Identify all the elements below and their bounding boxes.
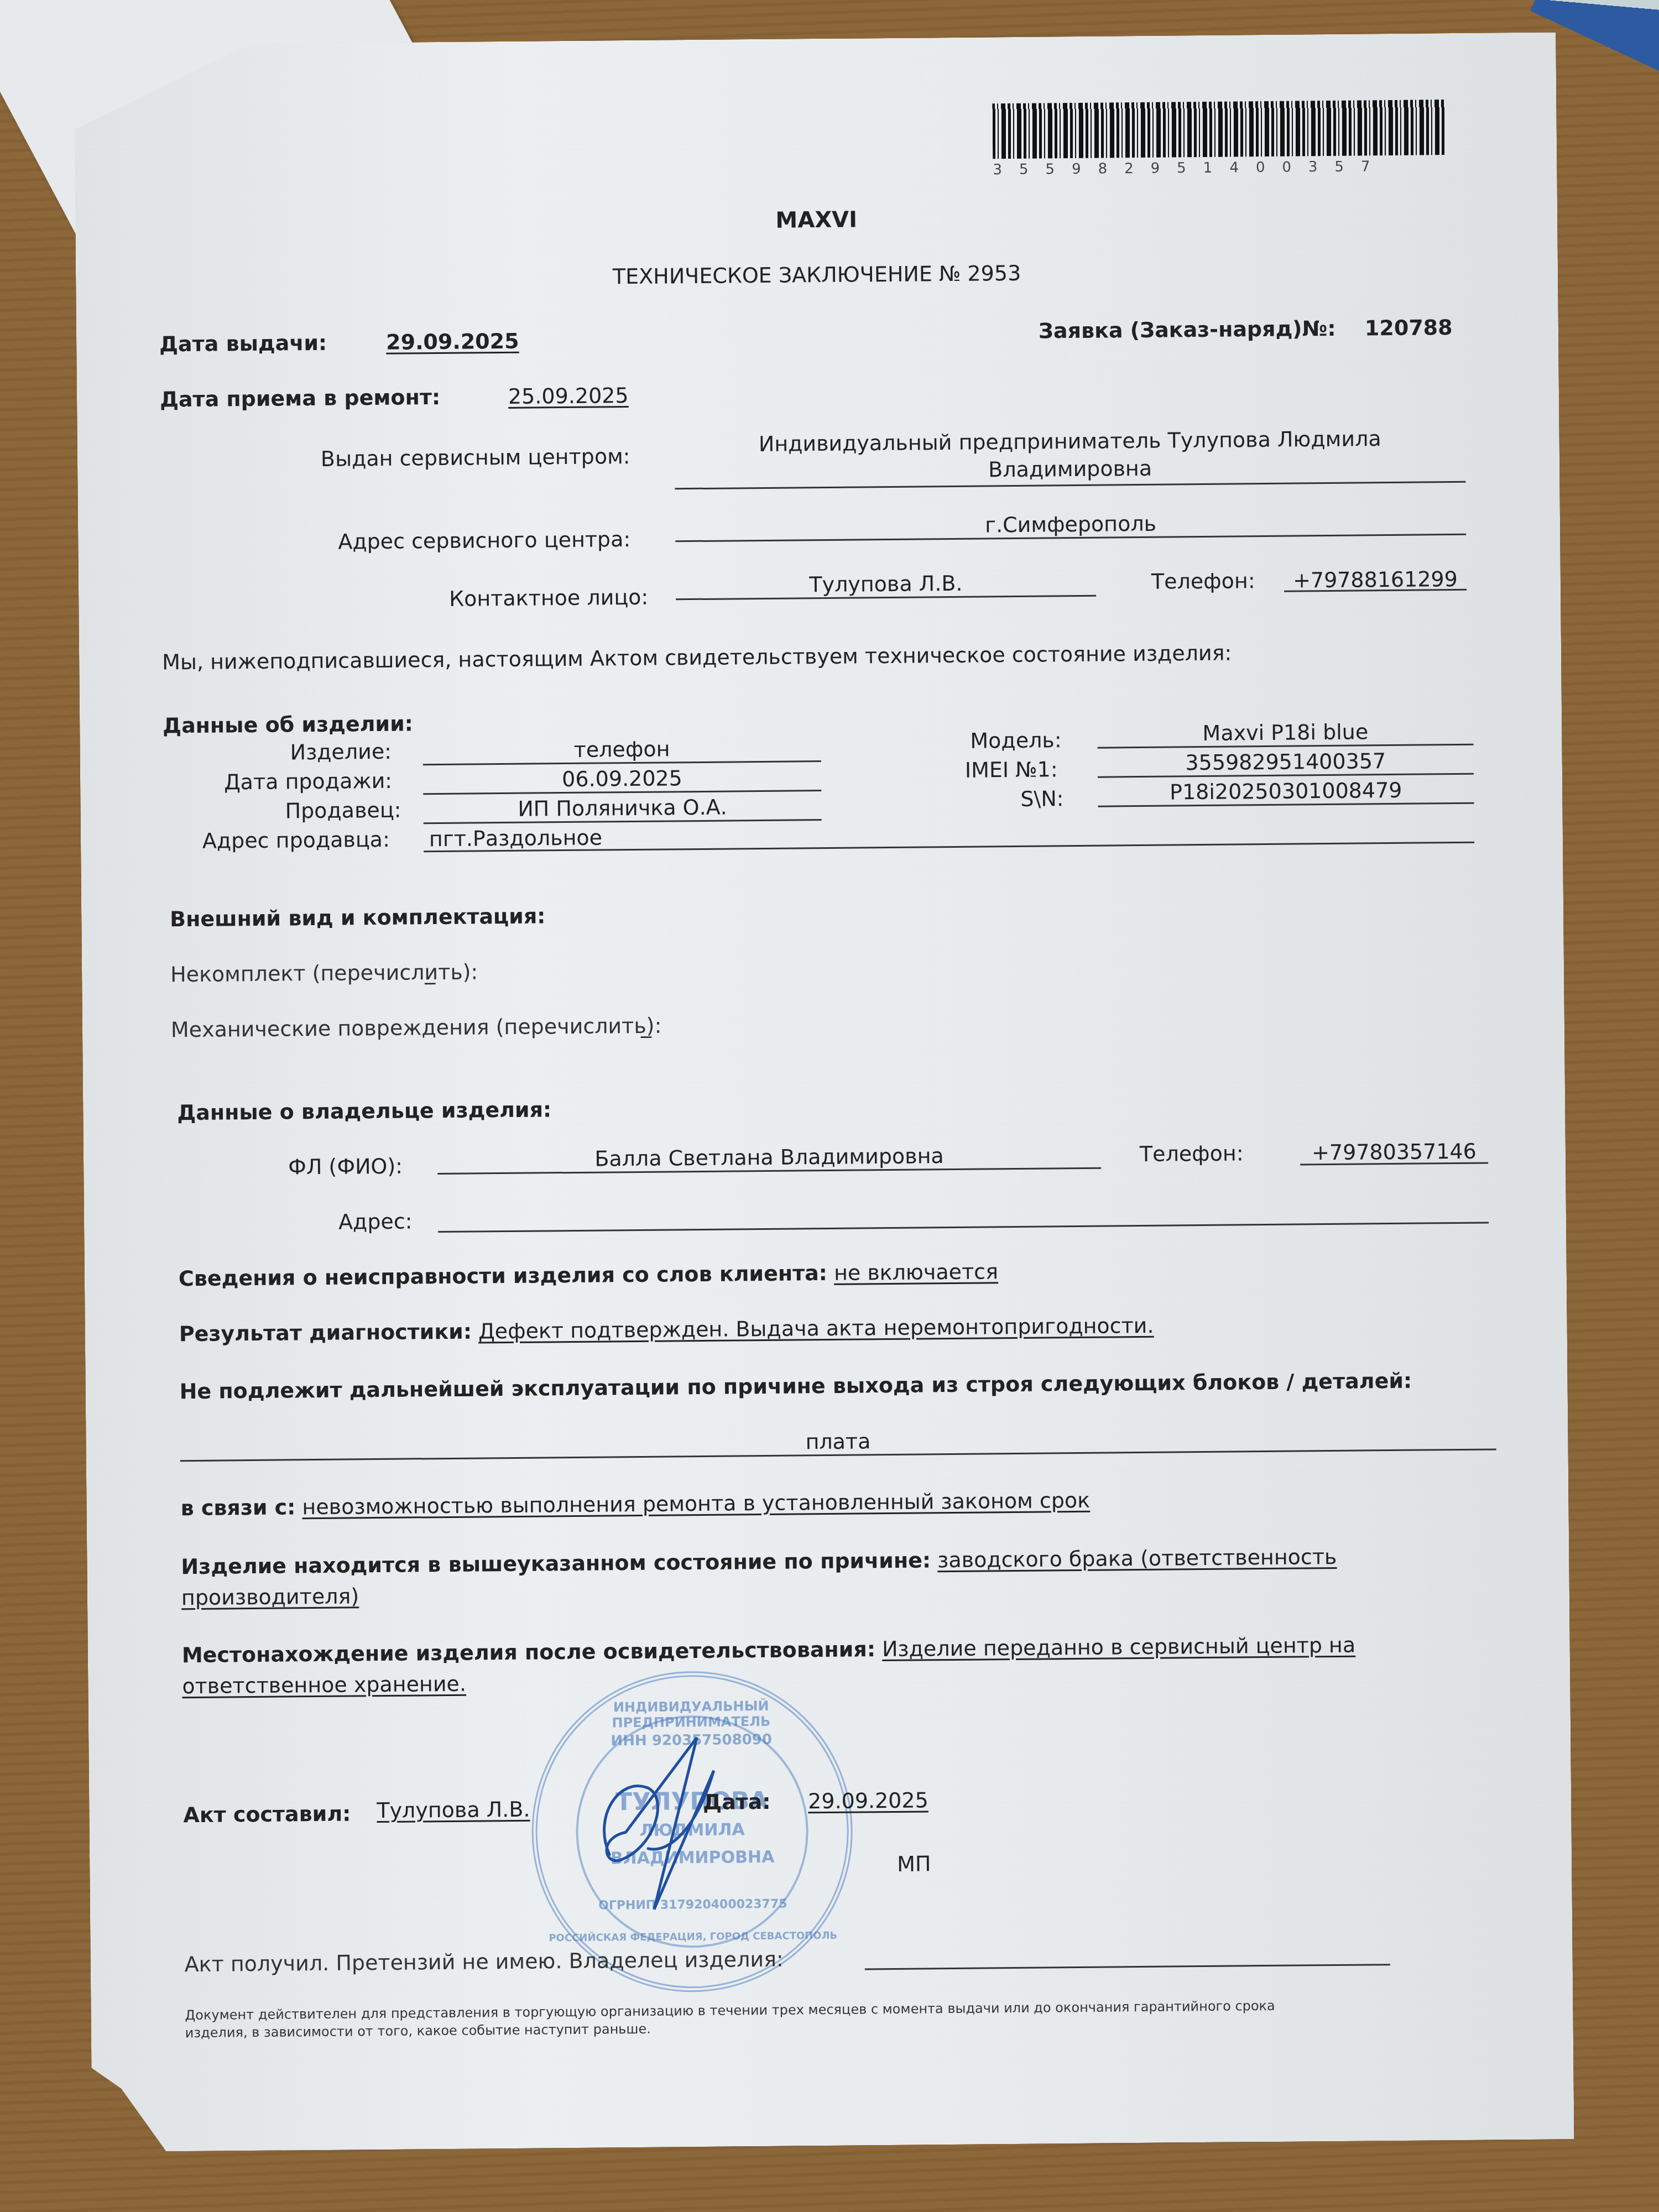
barcode [992,100,1446,159]
barcode-digits: 355982951400357 [993,158,1446,178]
contact-person-value: Тулупова Л.В. [676,570,1096,598]
compiled-by-label: Акт составил: [183,1802,351,1828]
product-heading: Данные об изделии: [163,711,413,738]
seal-place-label: МП [897,1851,931,1876]
seller-value: ИП Поляничка О.А. [423,794,821,822]
diagnostics-row: Результат диагностики: Дефект подтвержде… [179,1313,1154,1346]
issued-by-line2: Владимировна [675,453,1465,484]
not-usable-label: Не подлежит дальнейшей эксплуатации по п… [179,1366,1451,1406]
contact-person-label: Контактное лицо: [449,585,648,611]
item-label: Изделие: [290,739,392,765]
condition-reason-label: Изделие находится в вышеуказанном состоя… [181,1548,931,1579]
item-value: телефон [422,735,821,763]
seller-label: Продавец: [285,798,401,823]
fault-value: не включается [834,1259,998,1285]
issued-by-label: Выдан сервисным центром: [321,444,630,471]
seller-address-label: Адрес продавца: [202,827,390,853]
fault-row: Сведения о неисправности изделия со слов… [179,1259,998,1291]
imei-value: 355982951400357 [1098,748,1474,776]
serial-number-value: P18i20250301008479 [1098,778,1474,805]
owner-signature-line [865,1964,1390,1970]
technical-conclusion-document: 355982951400357 MAXVI ТЕХНИЧЕСКОЕ ЗАКЛЮЧ… [74,32,1574,2152]
service-phone-label: Телефон: [1151,568,1255,594]
footnote-line1: Документ действителен для представления … [185,1998,1275,2023]
incomplete-value: _ [425,960,435,984]
owner-phone-label: Телефон: [1140,1141,1244,1166]
diagnostics-label: Результат диагностики: [179,1319,472,1347]
diagnostics-value: Дефект подтвержден. Выдача акта неремонт… [478,1313,1154,1344]
receive-date-label: Дата приема в ремонт: [160,385,440,411]
serial-number-label: S\N: [1020,786,1064,811]
signature [586,1726,743,1926]
owner-phone-value: +79780357146 [1300,1139,1488,1165]
imei-label: IMEI №1: [965,757,1058,782]
location-row: Местонахождение изделия после освидетель… [182,1628,1499,1702]
compiled-by-value: Тулупова Л.В. [377,1797,530,1823]
order-label: Заявка (Заказ-наряд)№: [1039,316,1336,343]
owner-address-label: Адрес: [338,1209,413,1234]
signoff-date-value: 29.09.2025 [808,1788,928,1813]
sale-date-label: Дата продажи: [224,769,392,795]
model-value: Maxvi P18i blue [1097,719,1473,747]
condition-reason-row: Изделие находится в вышеуказанном состоя… [181,1540,1498,1613]
seller-address-value: пгт.Раздольное [429,825,602,851]
receive-date-value: 25.09.2025 [508,383,629,409]
owner-heading: Данные о владельце изделия: [177,1097,551,1125]
fault-label: Сведения о неисправности изделия со слов… [179,1261,827,1291]
signoff-date-label: Дата: [703,1790,771,1814]
intro-text: Мы, нижеподписавшиеся, настоящим Актом с… [162,641,1232,675]
owner-address-underline [438,1222,1489,1233]
due-to-label: в связи с: [180,1495,295,1520]
stamp-bottom-text: РОССИЙСКАЯ ФЕДЕРАЦИЯ, ГОРОД СЕВАСТОПОЛЬ [538,1930,848,1944]
brand-title: MAXVI [75,201,1557,239]
document-title: ТЕХНИЧЕСКОЕ ЗАКЛЮЧЕНИЕ № 2953 [76,256,1558,293]
footnote-line2: изделия, в зависимости от того, какое со… [185,2021,651,2041]
issue-date-label: Дата выдачи: [159,331,327,357]
appearance-heading: Внешний вид и комплектация: [170,904,546,931]
sale-date-value: 06.09.2025 [423,765,821,792]
damage-value: _ [641,1014,651,1038]
due-to-value: невозможностью выполнения ремонта в уста… [302,1488,1090,1519]
model-label: Модель: [970,728,1062,753]
issue-date-value: 29.09.2025 [386,329,519,354]
damage-label: Механические повреждения (перечислить): [171,1014,662,1042]
service-address-label: Адрес сервисного центра: [338,527,630,554]
owner-name-label: ФЛ (ФИО): [288,1154,403,1180]
issued-by-line1: Индивидуальный предприниматель Тулупова … [675,426,1465,457]
order-number: 120788 [1365,315,1453,340]
location-label: Местонахождение изделия после освидетель… [182,1637,876,1667]
due-to-row: в связи с: невозможностью выполнения рем… [180,1488,1090,1520]
